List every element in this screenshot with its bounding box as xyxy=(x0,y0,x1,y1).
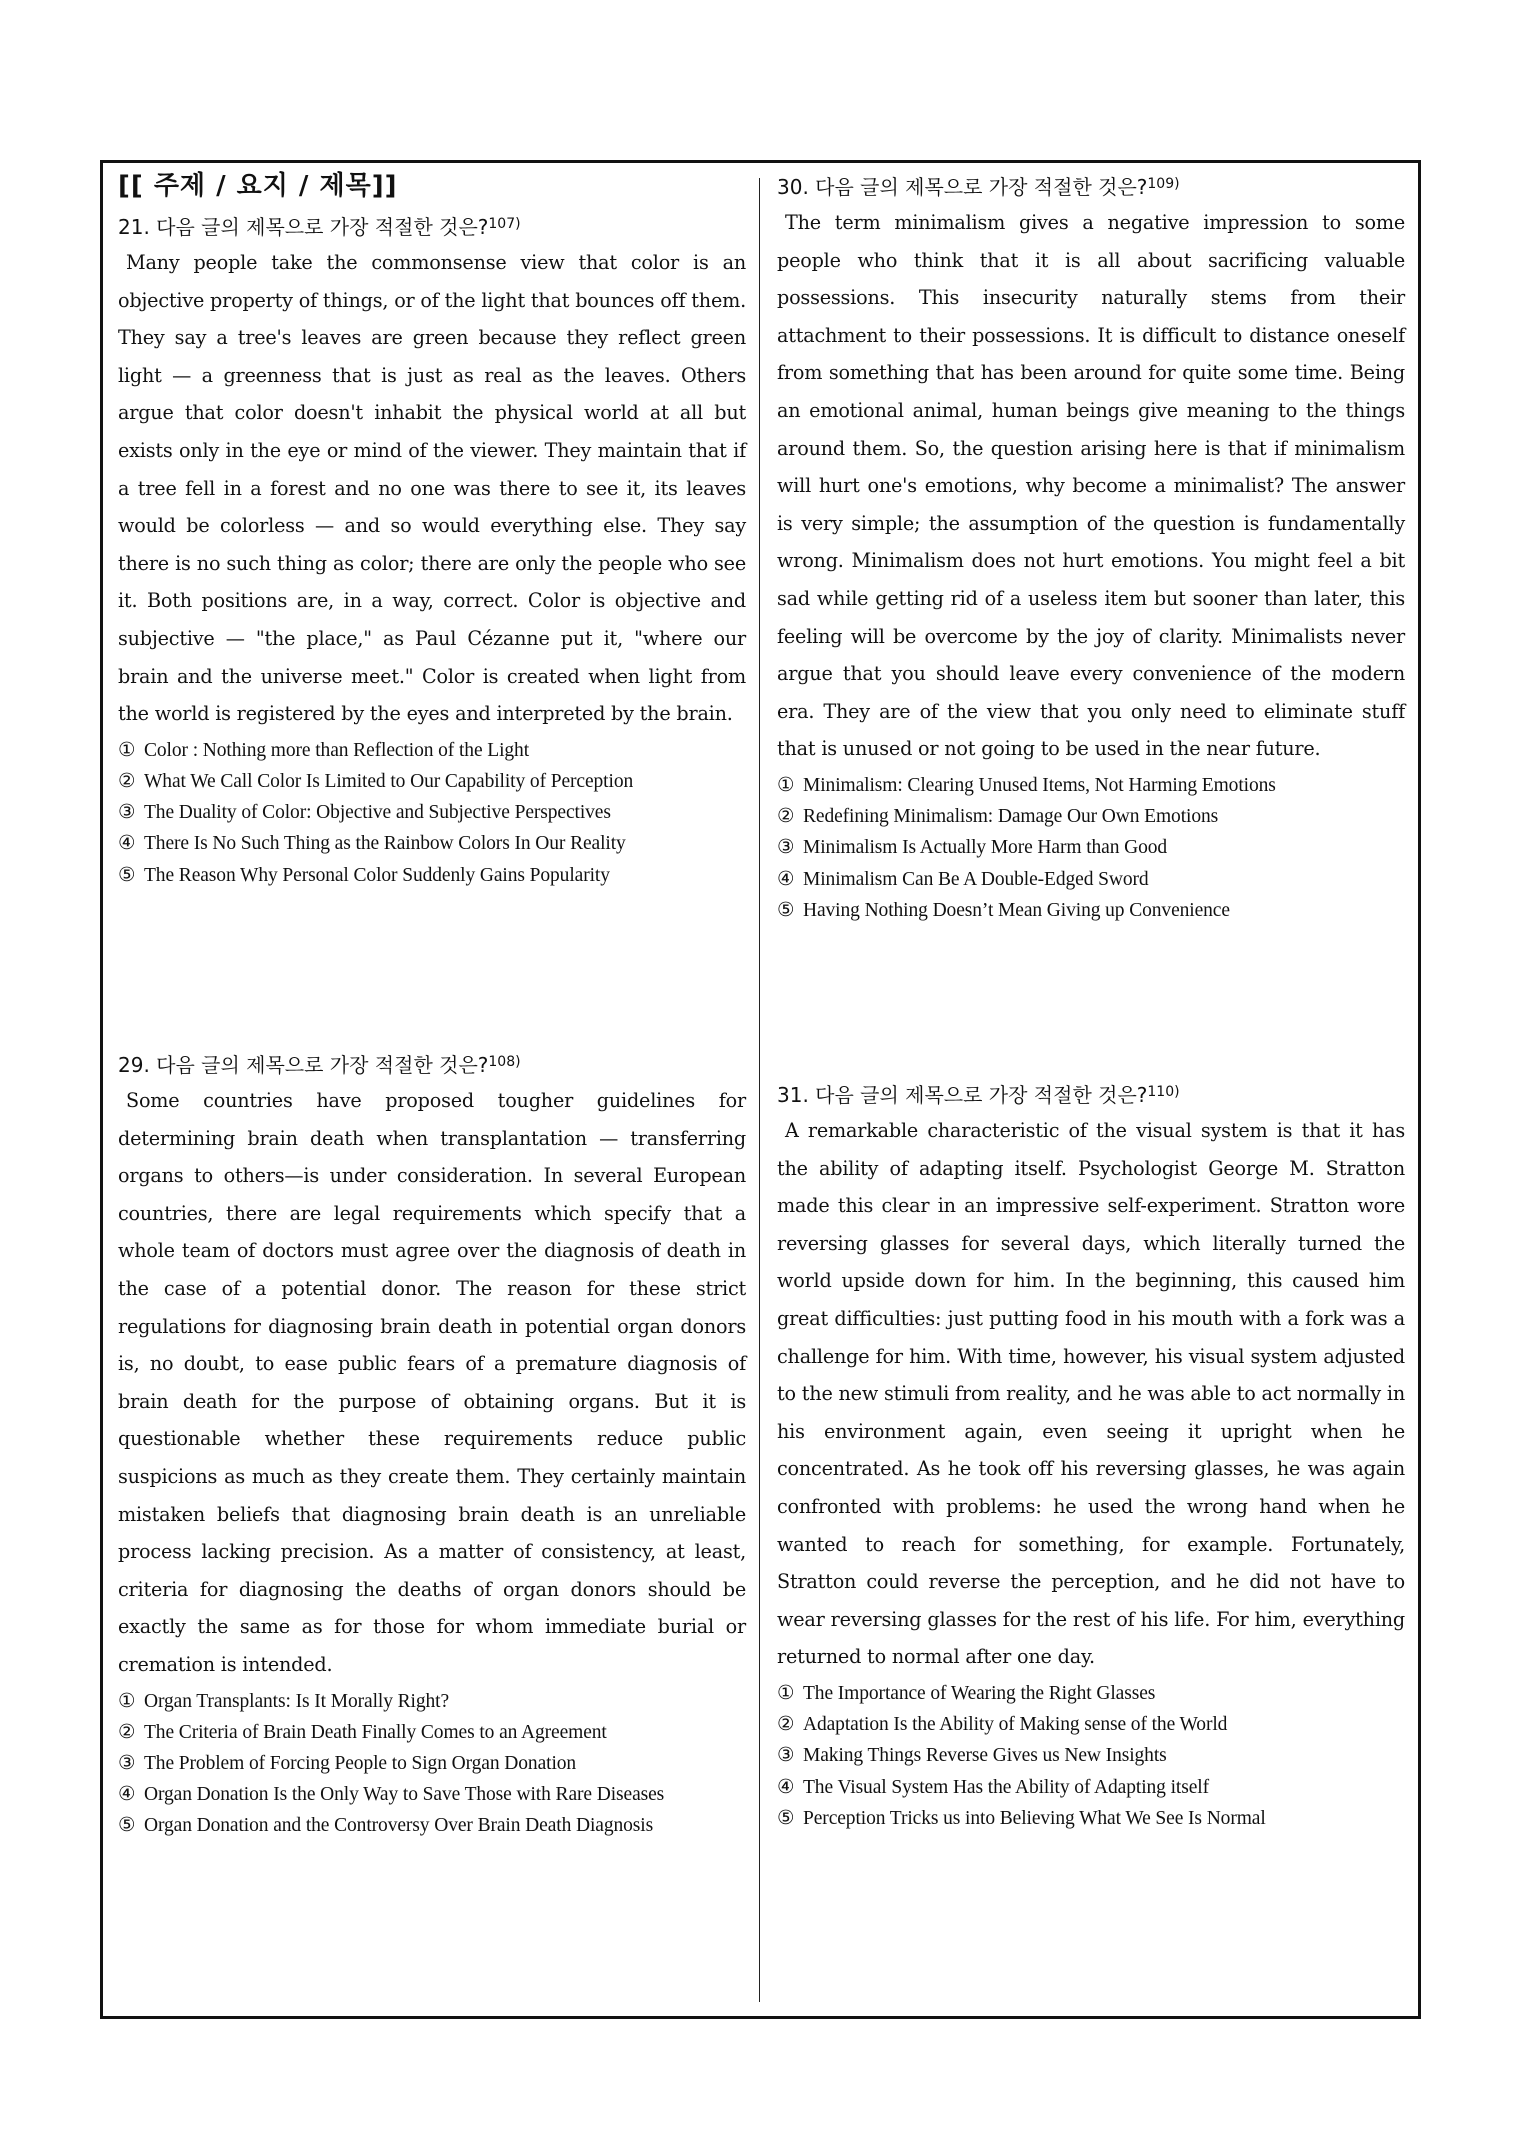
option-marker: ② xyxy=(777,1709,803,1740)
option-marker: ⑤ xyxy=(118,860,144,891)
question-prompt: 다음 글의 제목으로 가장 적절한 것은? xyxy=(815,175,1147,199)
question-prompt: 다음 글의 제목으로 가장 적절한 것은? xyxy=(156,215,488,239)
question-30: 30. 다음 글의 제목으로 가장 적절한 것은?109) The term m… xyxy=(777,170,1405,926)
option-text: The Problem of Forcing People to Sign Or… xyxy=(144,1753,576,1774)
question-31: 31. 다음 글의 제목으로 가장 적절한 것은?110) A remarkab… xyxy=(777,1078,1405,1834)
option-marker: ③ xyxy=(777,1740,803,1771)
question-header: 29. 다음 글의 제목으로 가장 적절한 것은?108) xyxy=(118,1048,746,1082)
option-2[interactable]: ②What We Call Color Is Limited to Our Ca… xyxy=(118,766,746,797)
option-text: The Criteria of Brain Death Finally Come… xyxy=(144,1722,607,1743)
option-text: Minimalism: Clearing Unused Items, Not H… xyxy=(803,775,1276,796)
question-29: 29. 다음 글의 제목으로 가장 적절한 것은?108) Some count… xyxy=(118,1048,746,1842)
right-column-lower: 31. 다음 글의 제목으로 가장 적절한 것은?110) A remarkab… xyxy=(777,1078,1405,1834)
question-prompt: 다음 글의 제목으로 가장 적절한 것은? xyxy=(156,1053,488,1077)
option-text: Making Things Reverse Gives us New Insig… xyxy=(803,1745,1167,1766)
column-divider xyxy=(759,178,760,2002)
left-column-lower: 29. 다음 글의 제목으로 가장 적절한 것은?108) Some count… xyxy=(118,1048,746,1842)
option-text: There Is No Such Thing as the Rainbow Co… xyxy=(144,833,626,854)
option-marker: ① xyxy=(777,1678,803,1709)
option-marker: ④ xyxy=(118,828,144,859)
option-3[interactable]: ③The Problem of Forcing People to Sign O… xyxy=(118,1748,746,1779)
option-marker: ① xyxy=(118,735,144,766)
question-number: 21. xyxy=(118,215,150,239)
question-prompt: 다음 글의 제목으로 가장 적절한 것은? xyxy=(815,1083,1147,1107)
question-number: 29. xyxy=(118,1053,150,1077)
option-marker: ③ xyxy=(777,832,803,863)
option-text: Organ Donation and the Controversy Over … xyxy=(144,1815,653,1836)
question-21: 21. 다음 글의 제목으로 가장 적절한 것은?107) Many peopl… xyxy=(118,210,746,891)
question-header: 21. 다음 글의 제목으로 가장 적절한 것은?107) xyxy=(118,210,746,244)
question-number: 30. xyxy=(777,175,809,199)
option-4[interactable]: ④Organ Donation Is the Only Way to Save … xyxy=(118,1779,746,1810)
option-1[interactable]: ①The Importance of Wearing the Right Gla… xyxy=(777,1678,1405,1709)
option-5[interactable]: ⑤Having Nothing Doesn’t Mean Giving up C… xyxy=(777,895,1405,926)
answer-options: ①Color : Nothing more than Reflection of… xyxy=(118,735,746,891)
option-text: The Visual System Has the Ability of Ada… xyxy=(803,1777,1209,1798)
answer-options: ①Minimalism: Clearing Unused Items, Not … xyxy=(777,770,1405,926)
passage-text: The term minimalism gives a negative imp… xyxy=(777,204,1405,768)
option-4[interactable]: ④The Visual System Has the Ability of Ad… xyxy=(777,1772,1405,1803)
left-column: [[ 주제 / 요지 / 제목]] 21. 다음 글의 제목으로 가장 적절한 … xyxy=(118,168,746,891)
footnote-ref: 108) xyxy=(488,1054,520,1070)
option-text: The Duality of Color: Objective and Subj… xyxy=(144,802,611,823)
option-marker: ④ xyxy=(777,1772,803,1803)
passage-text: A remarkable characteristic of the visua… xyxy=(777,1112,1405,1676)
option-marker: ③ xyxy=(118,1748,144,1779)
option-marker: ⑤ xyxy=(118,1810,144,1841)
option-marker: ⑤ xyxy=(777,1803,803,1834)
option-5[interactable]: ⑤Organ Donation and the Controversy Over… xyxy=(118,1810,746,1841)
option-1[interactable]: ①Minimalism: Clearing Unused Items, Not … xyxy=(777,770,1405,801)
option-3[interactable]: ③Minimalism Is Actually More Harm than G… xyxy=(777,832,1405,863)
option-text: Perception Tricks us into Believing What… xyxy=(803,1808,1266,1829)
option-5[interactable]: ⑤Perception Tricks us into Believing Wha… xyxy=(777,1803,1405,1834)
option-text: Minimalism Is Actually More Harm than Go… xyxy=(803,837,1167,858)
option-text: Redefining Minimalism: Damage Our Own Em… xyxy=(803,806,1218,827)
option-marker: ① xyxy=(777,770,803,801)
footnote-ref: 109) xyxy=(1147,176,1179,192)
option-1[interactable]: ①Organ Transplants: Is It Morally Right? xyxy=(118,1686,746,1717)
option-5[interactable]: ⑤The Reason Why Personal Color Suddenly … xyxy=(118,860,746,891)
answer-options: ①Organ Transplants: Is It Morally Right?… xyxy=(118,1686,746,1842)
option-4[interactable]: ④Minimalism Can Be A Double-Edged Sword xyxy=(777,864,1405,895)
option-2[interactable]: ②The Criteria of Brain Death Finally Com… xyxy=(118,1717,746,1748)
option-text: Adaptation Is the Ability of Making sens… xyxy=(803,1714,1227,1735)
passage-text: Many people take the commonsense view th… xyxy=(118,244,746,733)
question-header: 30. 다음 글의 제목으로 가장 적절한 것은?109) xyxy=(777,170,1405,204)
option-marker: ⑤ xyxy=(777,895,803,926)
question-number: 31. xyxy=(777,1083,809,1107)
footnote-ref: 107) xyxy=(488,216,520,232)
option-text: Organ Donation Is the Only Way to Save T… xyxy=(144,1784,664,1805)
option-1[interactable]: ①Color : Nothing more than Reflection of… xyxy=(118,735,746,766)
option-text: The Reason Why Personal Color Suddenly G… xyxy=(144,865,610,886)
section-title: [[ 주제 / 요지 / 제목]] xyxy=(118,168,746,204)
option-marker: ④ xyxy=(118,1779,144,1810)
answer-options: ①The Importance of Wearing the Right Gla… xyxy=(777,1678,1405,1834)
option-marker: ① xyxy=(118,1686,144,1717)
option-text: Organ Transplants: Is It Morally Right? xyxy=(144,1691,449,1712)
passage-text: Some countries have proposed tougher gui… xyxy=(118,1082,746,1684)
option-marker: ③ xyxy=(118,797,144,828)
option-3[interactable]: ③Making Things Reverse Gives us New Insi… xyxy=(777,1740,1405,1771)
question-header: 31. 다음 글의 제목으로 가장 적절한 것은?110) xyxy=(777,1078,1405,1112)
option-marker: ② xyxy=(118,766,144,797)
footnote-ref: 110) xyxy=(1147,1084,1179,1100)
option-text: Color : Nothing more than Reflection of … xyxy=(144,740,529,761)
option-4[interactable]: ④There Is No Such Thing as the Rainbow C… xyxy=(118,828,746,859)
option-3[interactable]: ③The Duality of Color: Objective and Sub… xyxy=(118,797,746,828)
option-marker: ② xyxy=(777,801,803,832)
right-column: 30. 다음 글의 제목으로 가장 적절한 것은?109) The term m… xyxy=(777,170,1405,926)
option-2[interactable]: ②Redefining Minimalism: Damage Our Own E… xyxy=(777,801,1405,832)
option-text: The Importance of Wearing the Right Glas… xyxy=(803,1683,1155,1704)
option-marker: ④ xyxy=(777,864,803,895)
option-text: Minimalism Can Be A Double-Edged Sword xyxy=(803,869,1149,890)
option-text: What We Call Color Is Limited to Our Cap… xyxy=(144,771,633,792)
option-marker: ② xyxy=(118,1717,144,1748)
option-text: Having Nothing Doesn’t Mean Giving up Co… xyxy=(803,900,1230,921)
option-2[interactable]: ②Adaptation Is the Ability of Making sen… xyxy=(777,1709,1405,1740)
